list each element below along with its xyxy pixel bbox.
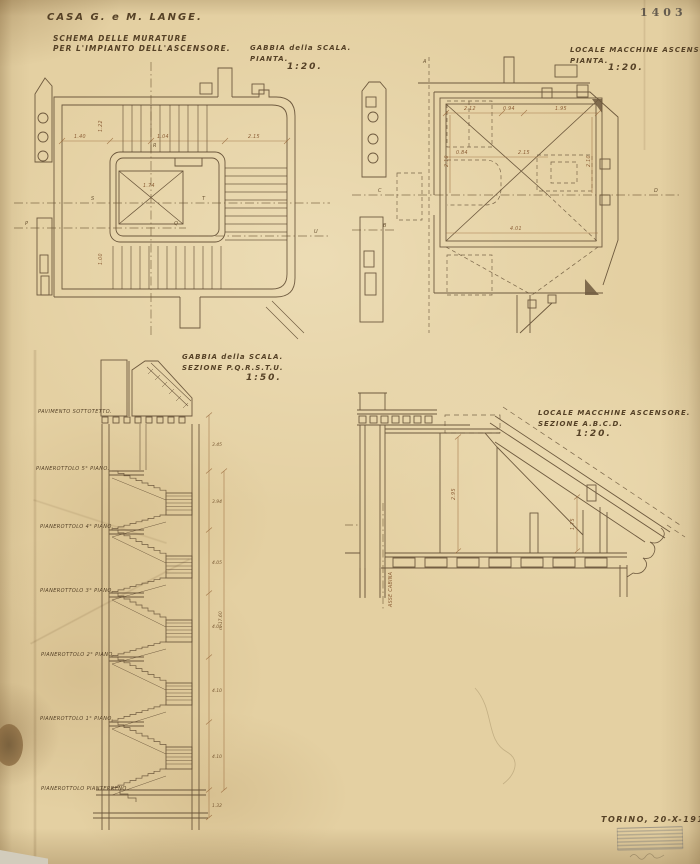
machine-section-dim-lines [455, 435, 580, 554]
dim-2-12: 2.12 [464, 106, 476, 112]
section-letter-c: C [378, 188, 382, 194]
stair-plan-treads [113, 105, 287, 289]
elevator-shaft [110, 152, 225, 242]
machine-plan-title: LOCALE MACCHINE ASCENSORE. [570, 46, 700, 54]
dim-0-84: 0.84 [456, 150, 468, 156]
dim-2-15: 2.15 [518, 150, 530, 156]
stair-section-structure [93, 360, 208, 830]
chain-dim-4: 4.10 [212, 688, 222, 694]
machine-plan-drawing: 2.12 0.94 1.95 0.84 2.15 2.10 2.10 4.01 … [352, 55, 692, 340]
handwritten-note [628, 850, 668, 860]
section-letter-r: R [153, 143, 156, 149]
chain-dim-2: 4.05 [212, 560, 222, 566]
machine-plan-dim-text: 2.12 0.94 1.95 0.84 2.15 2.10 2.10 4.01 … [378, 59, 658, 232]
section-letter-u: U [314, 229, 318, 235]
dim-1-95: 1.95 [555, 106, 567, 112]
ink-blot [0, 724, 23, 766]
stair-section-dim-text: 3.45 3.94 4.05 4.05 4.10 4.10 1.32 m 17.… [212, 442, 224, 809]
chain-dim-6: 1.32 [212, 803, 222, 809]
machine-section-centerlines [345, 503, 383, 611]
dim-2-95: 2.95 [451, 488, 457, 500]
fold-crease-left [33, 350, 37, 860]
stair-section-drawing: 3.45 3.94 4.05 4.05 4.10 4.10 1.32 m 17.… [88, 358, 258, 843]
place-date: TORINO, 20-X-1913. [601, 815, 700, 824]
dim-left-v: 2.10 [444, 155, 450, 167]
archive-stamp [617, 826, 684, 851]
dim-1-40: 1.40 [74, 134, 86, 140]
chain-dim-1: 3.94 [212, 499, 222, 505]
subtitle-line-2: PER L'IMPIANTO DELL'ASCENSORE. [53, 44, 231, 53]
landing-hatch-blocks [166, 493, 192, 769]
machine-section-structure [345, 393, 670, 598]
project-title: CASA G. e M. LANGE. [47, 12, 203, 23]
dim-2-15: 2.15 [248, 134, 260, 140]
stair-plan-dim-text: 1.40 1.04 2.15 1.74 1.22 1.00 P Q R S T … [25, 120, 318, 265]
total-height-label: m 17.60 [218, 611, 224, 630]
dim-right-v: 2.10 [586, 155, 592, 167]
section-letter-a: A [422, 59, 427, 65]
machine-plan-centerlines [352, 195, 682, 230]
drawing-sheet: CASA G. e M. LANGE. SCHEMA DELLE MURATUR… [0, 0, 700, 864]
pencil-scribble [455, 680, 555, 790]
subtitle-line-1: SCHEMA DELLE MURATURE [53, 34, 187, 43]
section-letter-q: Q [174, 221, 178, 227]
dim-0-94: 0.94 [503, 106, 515, 112]
stair-section-flights [112, 471, 166, 795]
dim-1-04: 1.04 [157, 134, 169, 140]
section-letter-d: D [654, 188, 658, 194]
chain-dim-5: 4.10 [212, 754, 222, 760]
cabin-axis-label: ASSE CABINA [388, 572, 394, 608]
section-letter-b: B [383, 223, 387, 229]
section-letter-t: T [202, 196, 206, 202]
chain-dim-0: 3.45 [212, 442, 222, 448]
section-letter-p: P [25, 221, 28, 227]
stair-plan-title: GABBIA della SCALA. [250, 44, 351, 52]
dim-shaft: 1.74 [143, 183, 155, 189]
section-letter-s: S [91, 196, 95, 202]
dim-4-01: 4.01 [510, 226, 522, 232]
dim-1-75: 1.75 [570, 518, 576, 530]
machine-section-dim-text: 2.95 1.75 ASSE CABINA [388, 488, 576, 608]
dim-left-lower: 1.00 [98, 253, 104, 265]
sheet-number-stamp: 1403 [640, 6, 687, 19]
machine-section-drawing: 2.95 1.75 ASSE CABINA [345, 385, 690, 617]
stair-plan-walls [35, 68, 304, 339]
dim-left-upper: 1.22 [98, 120, 104, 132]
torn-edge [0, 846, 48, 864]
stair-plan-drawing: 1.40 1.04 2.15 1.74 1.22 1.00 P Q R S T … [14, 60, 344, 345]
